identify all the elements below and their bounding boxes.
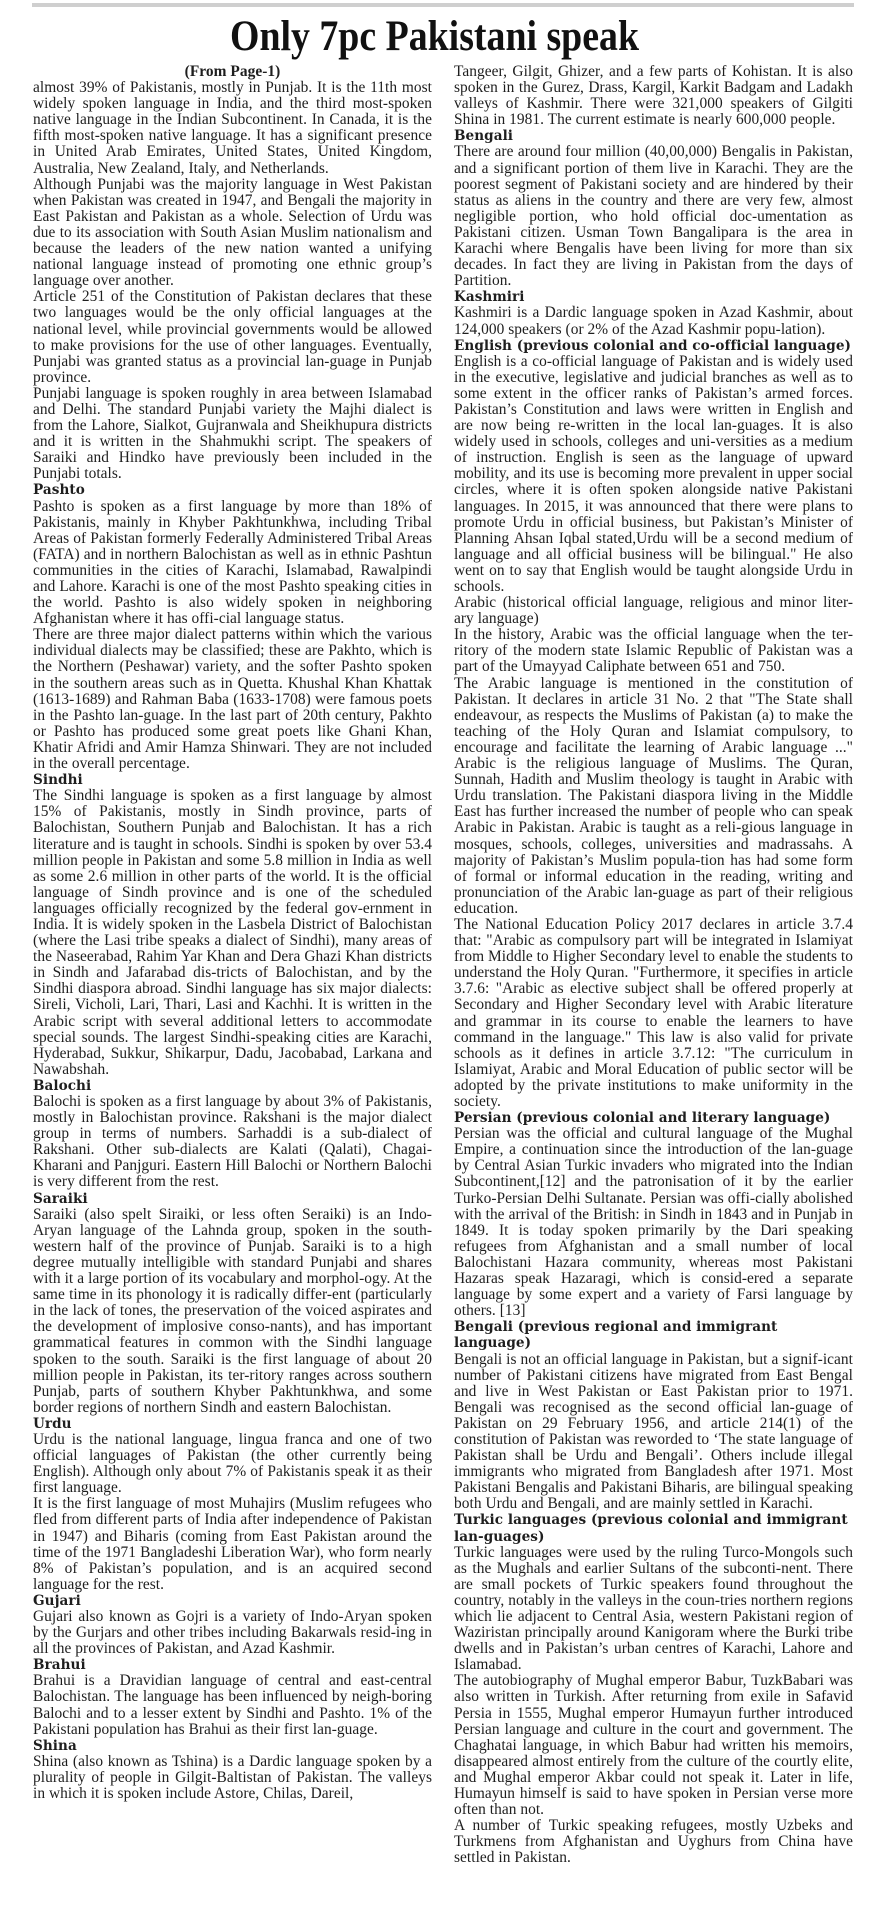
paragraph: Bengali is not an official language in P… (454, 1352, 853, 1513)
section-heading: Sindhi (33, 772, 432, 788)
paragraph: Shina (also known as Tshina) is a Dardic… (33, 1754, 432, 1802)
continuation-label: (From Page-1) (33, 64, 432, 80)
paragraph: The Arabic language is mentioned in the … (454, 676, 853, 917)
section-heading: English (previous colonial and co-offici… (454, 338, 853, 354)
paragraph: Gujari also known as Gojri is a variety … (33, 1609, 432, 1657)
paragraph: Punjabi language is spoken roughly in ar… (33, 386, 432, 483)
paragraph: The Sindhi language is spoken as a first… (33, 788, 432, 1078)
paragraph: The National Education Policy 2017 decla… (454, 917, 853, 1110)
paragraph: Saraiki (also spelt Siraiki, or less oft… (33, 1207, 432, 1416)
section-heading: Persian (previous colonial and literary … (454, 1110, 853, 1126)
paragraph: Turkic languages were used by the ruling… (454, 1545, 853, 1674)
paragraph: Tangeer, Gilgit, Ghizer, and a few parts… (454, 64, 853, 128)
paragraph: almost 39% of Pakistanis, mostly in Punj… (33, 80, 432, 177)
paragraph: The autobiography of Mughal emperor Babu… (454, 1673, 853, 1818)
left-column-text: almost 39% of Pakistanis, mostly in Punj… (33, 80, 432, 1802)
top-border-rule (32, 3, 854, 7)
section-heading: Kashmiri (454, 289, 853, 305)
article-headline: Only 7pc Pakistani speak (52, 14, 817, 60)
paragraph: Although Punjabi was the majority langua… (33, 177, 432, 290)
paragraph: Article 251 of the Constitution of Pakis… (33, 289, 432, 386)
section-heading: Balochi (33, 1078, 432, 1094)
paragraph: Brahui is a Dravidian language of centra… (33, 1673, 432, 1737)
right-column-text: Tangeer, Gilgit, Ghizer, and a few parts… (454, 64, 853, 1867)
section-heading: Urdu (33, 1416, 432, 1432)
section-heading: Turkic languages (previous colonial and … (454, 1512, 853, 1544)
paragraph: There are around four million (40,00,000… (454, 144, 853, 289)
paragraph: Persian was the official and cultural la… (454, 1126, 853, 1319)
paragraph: Balochi is spoken as a first language by… (33, 1094, 432, 1191)
section-subheading: Arabic (historical official language, re… (454, 595, 853, 627)
paragraph: Kashmiri is a Dardic language spoken in … (454, 305, 853, 337)
section-heading: Gujari (33, 1593, 432, 1609)
paragraph: It is the first language of most Muhajir… (33, 1496, 432, 1593)
section-heading: Bengali (previous regional and immigrant… (454, 1319, 853, 1351)
section-heading: Saraiki (33, 1191, 432, 1207)
section-heading: Brahui (33, 1657, 432, 1673)
section-heading: Shina (33, 1738, 432, 1754)
paragraph: A number of Turkic speaking refugees, mo… (454, 1818, 853, 1866)
right-column: Tangeer, Gilgit, Ghizer, and a few parts… (454, 64, 853, 1867)
paragraph: In the history, Arabic was the official … (454, 627, 853, 675)
section-heading: Pashto (33, 482, 432, 498)
paragraph: English is a co-official language of Pak… (454, 354, 853, 595)
left-column: (From Page-1) almost 39% of Pakistanis, … (33, 64, 432, 1802)
section-heading: Bengali (454, 128, 853, 144)
paragraph: There are three major dialect patterns w… (33, 627, 432, 772)
paragraph: Pashto is spoken as a first language by … (33, 499, 432, 628)
paragraph: Urdu is the national language, lingua fr… (33, 1432, 432, 1496)
